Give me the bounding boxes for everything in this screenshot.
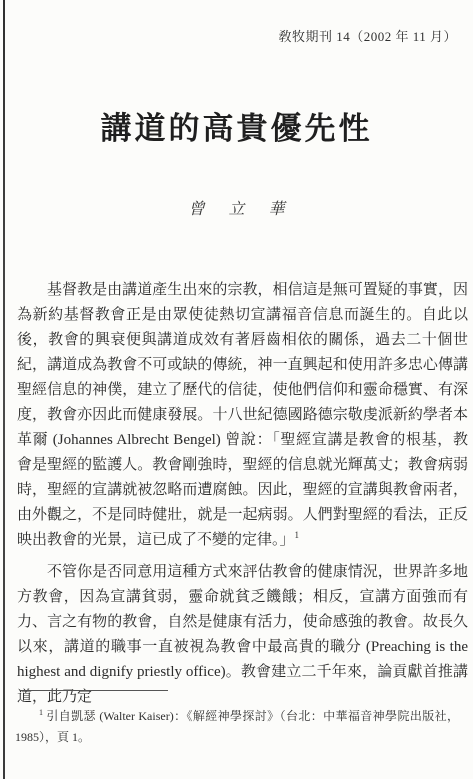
footnote-ref-1: 1 xyxy=(295,530,300,540)
document-page: 敎牧期刊 14（2002 年 11 月） 講道的高貴優先性 曾 立 華 基督教是… xyxy=(0,0,473,779)
footnote-1-text: 引自凱瑟 (Walter Kaiser)：《解經神學探討》（台北：中華福音神學院… xyxy=(15,709,459,744)
paragraph-2-text: 不管你是否同意用這種方式來評估教會的健康情況，世界許多地方教會，因為宣講貧弱，靈… xyxy=(17,564,468,705)
article-title: 講道的高貴優先性 xyxy=(0,103,473,148)
footnote-1-marker: 1 xyxy=(39,708,43,717)
author-name: 曾 立 華 xyxy=(0,196,473,219)
footnote-1: 1引自凱瑟 (Walter Kaiser)：《解經神學探討》（台北：中華福音神學… xyxy=(15,706,459,748)
article-body: 基督教是由講道產生出來的宗教，相信這是無可置疑的事實，因為新約基督教會正是由眾使… xyxy=(17,278,468,710)
footnote-separator xyxy=(20,690,168,691)
paragraph-1-text: 基督教是由講道產生出來的宗教，相信這是無可置疑的事實，因為新約基督教會正是由眾使… xyxy=(17,282,468,548)
paragraph-1: 基督教是由講道產生出來的宗教，相信這是無可置疑的事實，因為新約基督教會正是由眾使… xyxy=(17,278,468,553)
journal-header: 敎牧期刊 14（2002 年 11 月） xyxy=(278,26,457,45)
paragraph-2: 不管你是否同意用這種方式來評估教會的健康情況，世界許多地方教會，因為宣講貧弱，靈… xyxy=(17,560,468,710)
